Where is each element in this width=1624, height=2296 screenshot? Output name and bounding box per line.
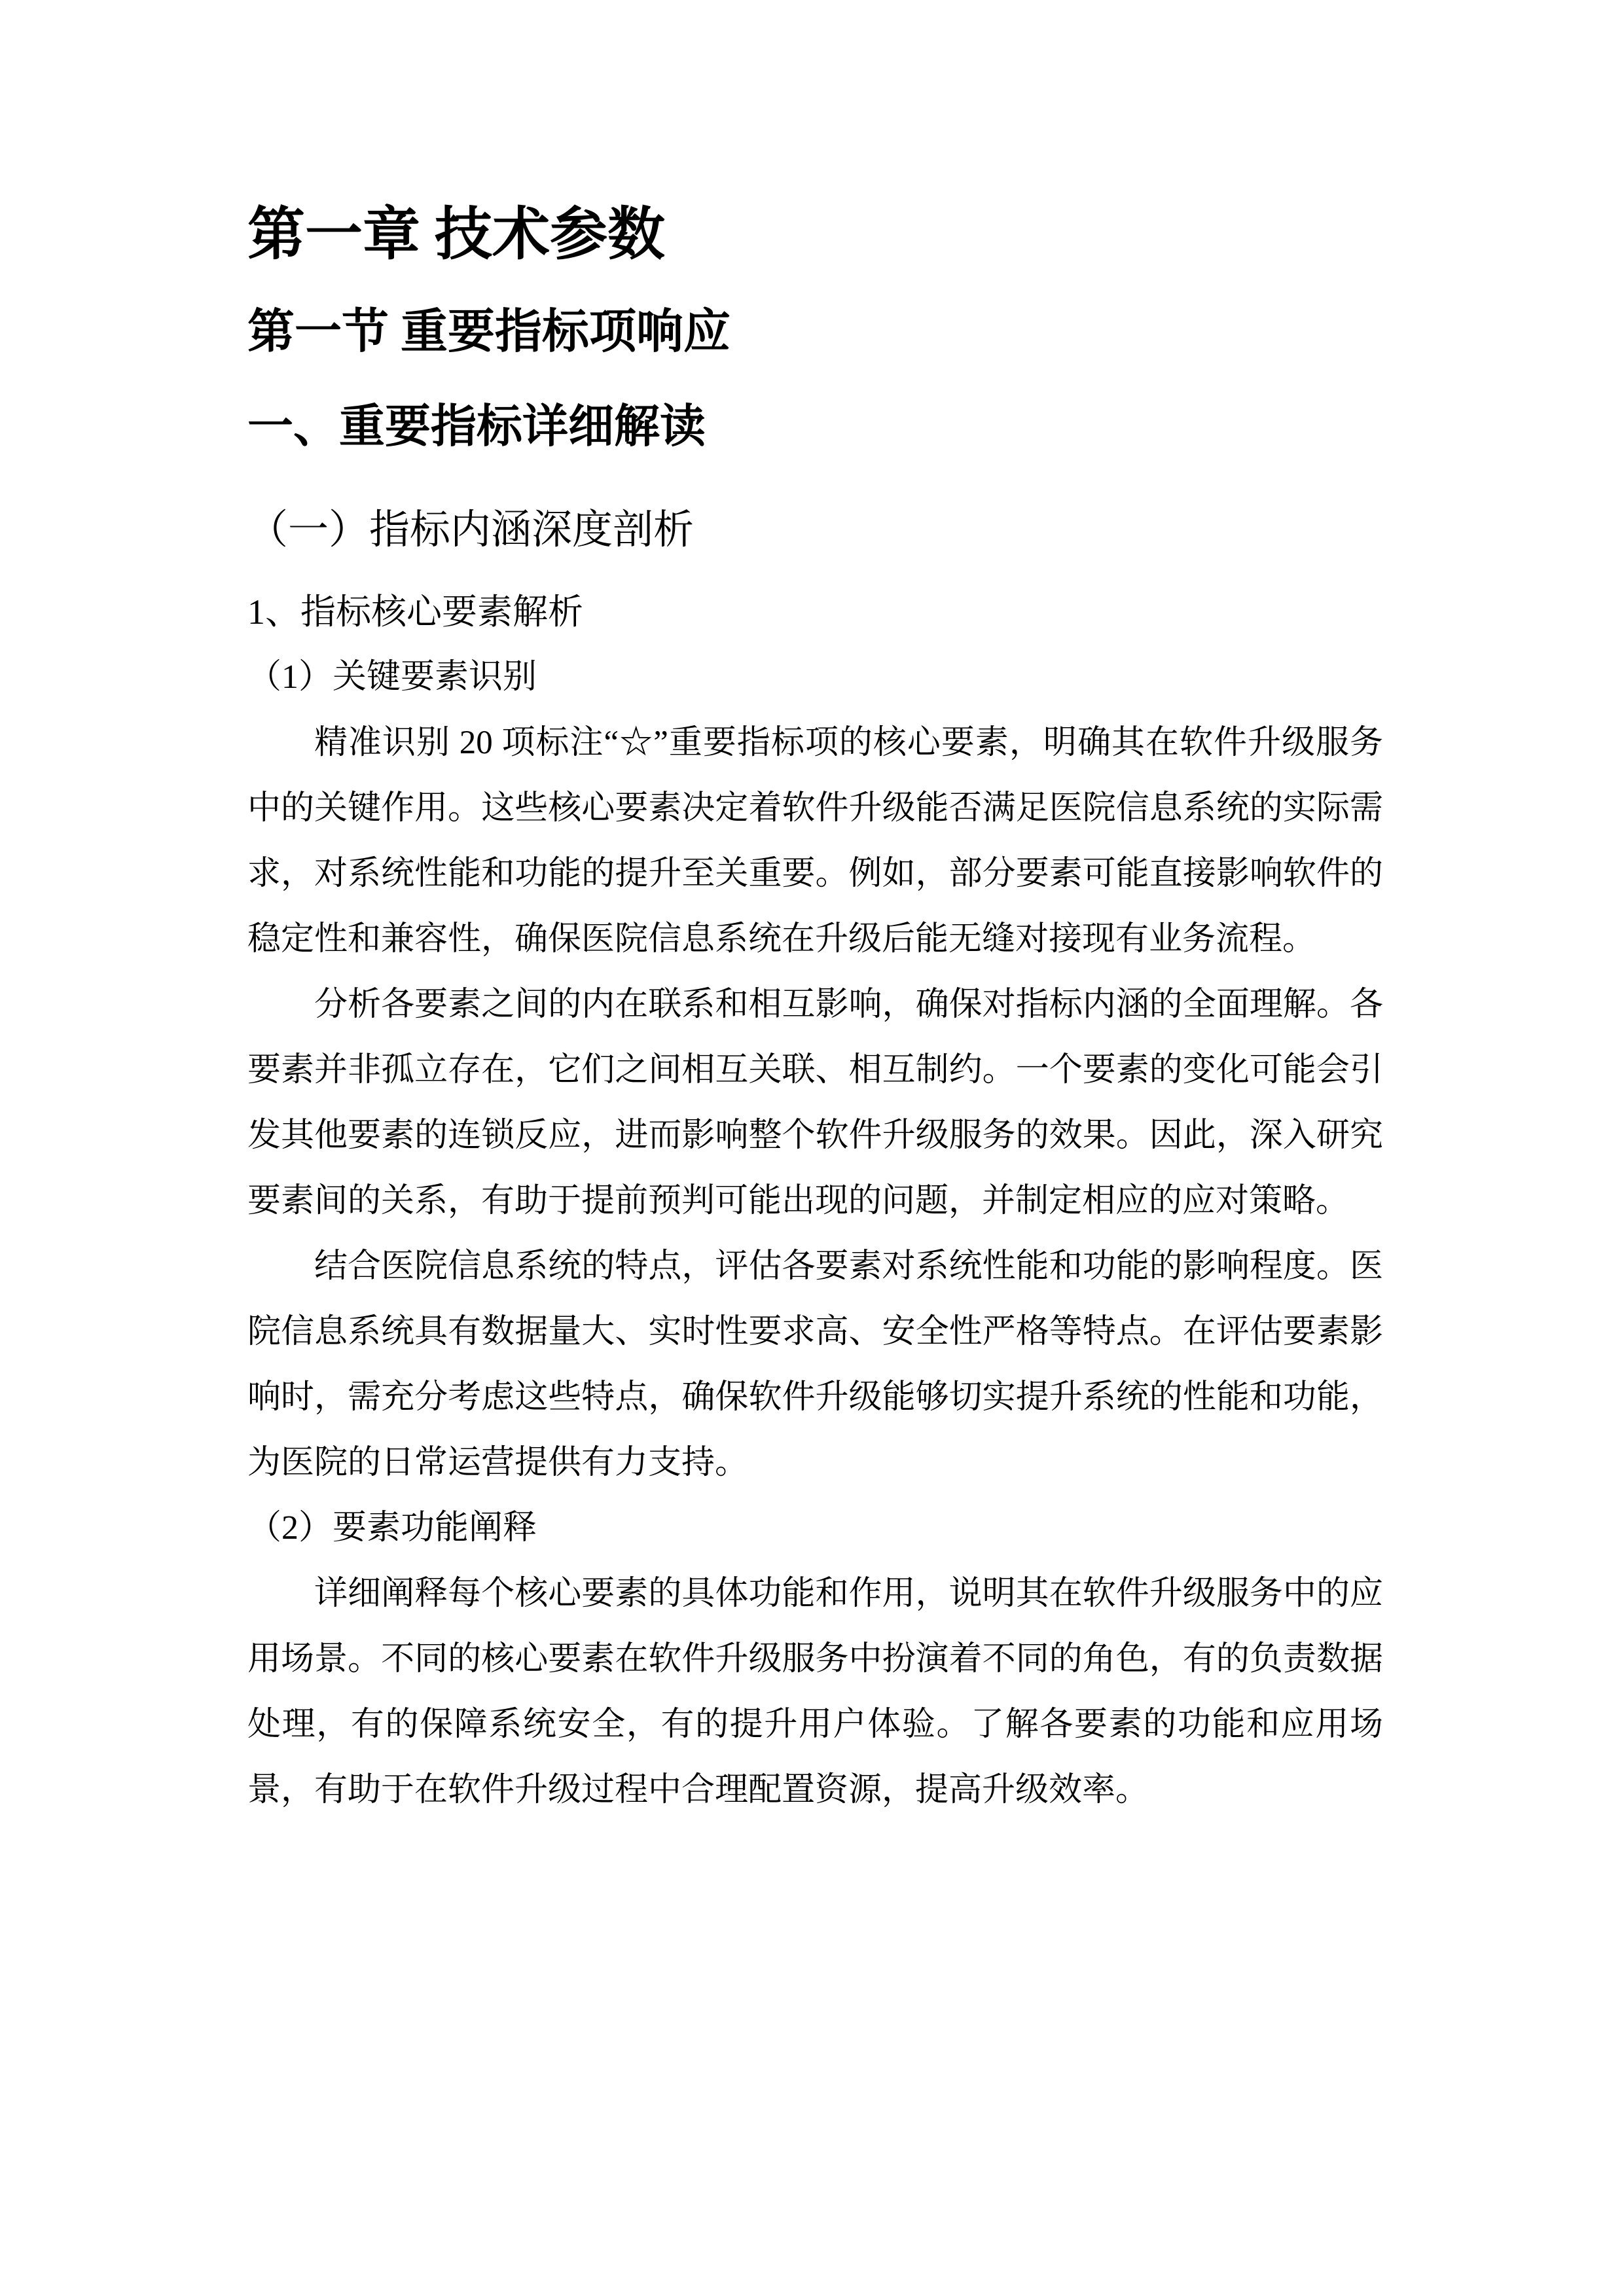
level3-heading: 1、指标核心要素解析 [247, 579, 1383, 645]
body-paragraph: 结合医院信息系统的特点，评估各要素对系统性能和功能的影响程度。医院信息系统具有数… [247, 1234, 1383, 1496]
body-paragraph: 精准识别 20 项标注“☆”重要指标项的核心要素，明确其在软件升级服务中的关键作… [247, 710, 1383, 972]
point1-heading: （1）关键要素识别 [247, 645, 1383, 710]
body-paragraph: 详细阐释每个核心要素的具体功能和作用，说明其在软件升级服务中的应用场景。不同的核… [247, 1561, 1383, 1823]
body-paragraph: 分析各要素之间的内在联系和相互影响，确保对指标内涵的全面理解。各要素并非孤立存在… [247, 972, 1383, 1234]
document-content: 第一章 技术参数 第一节 重要指标项响应 一、重要指标详细解读 （一）指标内涵深… [247, 196, 1383, 1823]
level1-heading: 一、重要指标详细解读 [247, 389, 1383, 465]
document-page: 第一章 技术参数 第一节 重要指标项响应 一、重要指标详细解读 （一）指标内涵深… [0, 0, 1624, 2296]
level2-heading: （一）指标内涵深度剖析 [247, 494, 1383, 566]
chapter-heading: 第一章 技术参数 [247, 196, 1383, 275]
section-heading: 第一节 重要指标项响应 [247, 295, 1383, 370]
point2-heading: （2）要素功能阐释 [247, 1496, 1383, 1561]
